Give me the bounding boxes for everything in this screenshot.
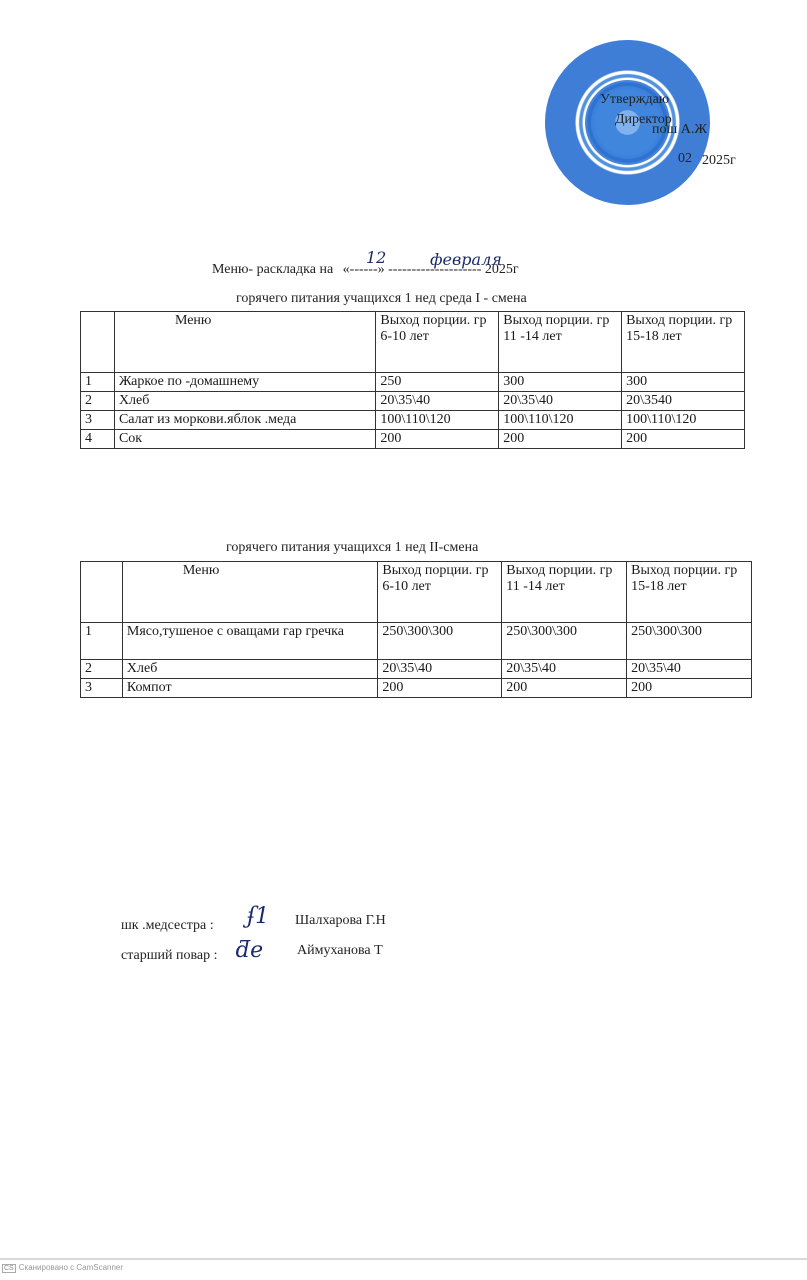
month-blank: февраля -------------------- bbox=[388, 262, 485, 277]
director-name: пош А.Ж bbox=[652, 122, 707, 138]
dish-name: Жаркое по -домашнему bbox=[114, 373, 375, 392]
dish-name: Сок bbox=[114, 430, 375, 449]
dish-name: Хлеб bbox=[114, 392, 375, 411]
dish-name: Салат из моркови.яблок .меда bbox=[114, 411, 375, 430]
row-number: 4 bbox=[81, 430, 115, 449]
table-header-row: МенюВыход порции. гр 6-10 летВыход порци… bbox=[81, 562, 752, 623]
title-prefix: Меню- раскладка на bbox=[212, 262, 333, 277]
menu-table-shift2: МенюВыход порции. гр 6-10 летВыход порци… bbox=[80, 561, 752, 698]
day-handwritten: 12 bbox=[366, 248, 386, 267]
camscanner-icon: CS bbox=[2, 1264, 16, 1273]
signature-nurse-role: шк .медсестра : bbox=[121, 918, 214, 934]
row-number: 1 bbox=[81, 373, 115, 392]
portion-value: 250\300\300 bbox=[502, 623, 627, 660]
scanner-watermark: CSСканировано с CamScanner bbox=[2, 1263, 123, 1273]
row-number: 1 bbox=[81, 623, 123, 660]
scanner-watermark-text: Сканировано с CamScanner bbox=[19, 1263, 123, 1272]
portion-value: 20\3540 bbox=[622, 392, 745, 411]
row-number: 3 bbox=[81, 411, 115, 430]
table-row: 2Хлеб20\35\4020\35\4020\3540 bbox=[81, 392, 745, 411]
dish-name: Мясо,тушеное с оващами гар гречка bbox=[122, 623, 378, 660]
portion-value: 100\110\120 bbox=[499, 411, 622, 430]
day-blank: 12 «------» bbox=[343, 262, 388, 277]
portion-value: 250 bbox=[376, 373, 499, 392]
portion-value: 300 bbox=[622, 373, 745, 392]
table-header-cell: Выход порции. гр 15-18 лет bbox=[622, 312, 745, 373]
approval-line1: Утверждаю bbox=[600, 92, 669, 108]
portion-value: 200 bbox=[502, 679, 627, 698]
portion-value: 20\35\40 bbox=[499, 392, 622, 411]
portion-value: 200 bbox=[622, 430, 745, 449]
table-row: 1Жаркое по -домашнему250300300 bbox=[81, 373, 745, 392]
portion-value: 300 bbox=[499, 373, 622, 392]
table2-caption: горячего питания учащихся 1 нед II-смена bbox=[226, 540, 478, 556]
portion-value: 20\35\40 bbox=[502, 660, 627, 679]
page-title: Меню- раскладка на 12 «------» февраля -… bbox=[212, 262, 519, 278]
table-row: 3Салат из моркови.яблок .меда100\110\120… bbox=[81, 411, 745, 430]
portion-value: 100\110\120 bbox=[622, 411, 745, 430]
month-handwritten: февраля bbox=[430, 250, 502, 269]
portion-value: 20\35\40 bbox=[378, 660, 502, 679]
portion-value: 100\110\120 bbox=[376, 411, 499, 430]
dish-name: Хлеб bbox=[122, 660, 378, 679]
row-number: 3 bbox=[81, 679, 123, 698]
signature-cook-role: старший повар : bbox=[121, 948, 218, 964]
table-row: 1Мясо,тушеное с оващами гар гречка250\30… bbox=[81, 623, 752, 660]
signature-cook-mark: ƌe bbox=[236, 938, 263, 963]
table-row: 4Сок200200200 bbox=[81, 430, 745, 449]
table-header-cell: Выход порции. гр 15-18 лет bbox=[627, 562, 752, 623]
table-header-row: МенюВыход порции. гр 6-10 летВыход порци… bbox=[81, 312, 745, 373]
table1-caption: горячего питания учащихся 1 нед среда I … bbox=[236, 291, 527, 307]
row-number: 2 bbox=[81, 660, 123, 679]
approval-year: 2025г bbox=[702, 153, 736, 169]
table-header-cell bbox=[81, 562, 123, 623]
portion-value: 200 bbox=[376, 430, 499, 449]
portion-value: 200 bbox=[378, 679, 502, 698]
table-row: 2Хлеб20\35\4020\35\4020\35\40 bbox=[81, 660, 752, 679]
table-header-cell: Меню bbox=[114, 312, 375, 373]
table-header-cell: Выход порции. гр 6-10 лет bbox=[378, 562, 502, 623]
portion-value: 20\35\40 bbox=[627, 660, 752, 679]
menu-table-shift1: МенюВыход порции. гр 6-10 летВыход порци… bbox=[80, 311, 745, 449]
portion-value: 200 bbox=[627, 679, 752, 698]
portion-value: 250\300\300 bbox=[378, 623, 502, 660]
signature-nurse-mark: ʄ1 bbox=[247, 904, 269, 929]
row-number: 2 bbox=[81, 392, 115, 411]
table-header-cell bbox=[81, 312, 115, 373]
dish-name: Компот bbox=[122, 679, 378, 698]
portion-value: 250\300\300 bbox=[627, 623, 752, 660]
table-header-cell: Меню bbox=[122, 562, 378, 623]
approval-month: 02 bbox=[678, 151, 692, 167]
signature-cook-name: Аймуханова Т bbox=[297, 943, 383, 959]
table-header-cell: Выход порции. гр 11 -14 лет bbox=[502, 562, 627, 623]
table-header-cell: Выход порции. гр 11 -14 лет bbox=[499, 312, 622, 373]
scan-edge-divider bbox=[0, 1258, 807, 1260]
table-row: 3Компот200200200 bbox=[81, 679, 752, 698]
portion-value: 20\35\40 bbox=[376, 392, 499, 411]
table-header-cell: Выход порции. гр 6-10 лет bbox=[376, 312, 499, 373]
signature-nurse-name: Шалхарова Г.Н bbox=[295, 913, 386, 929]
portion-value: 200 bbox=[499, 430, 622, 449]
